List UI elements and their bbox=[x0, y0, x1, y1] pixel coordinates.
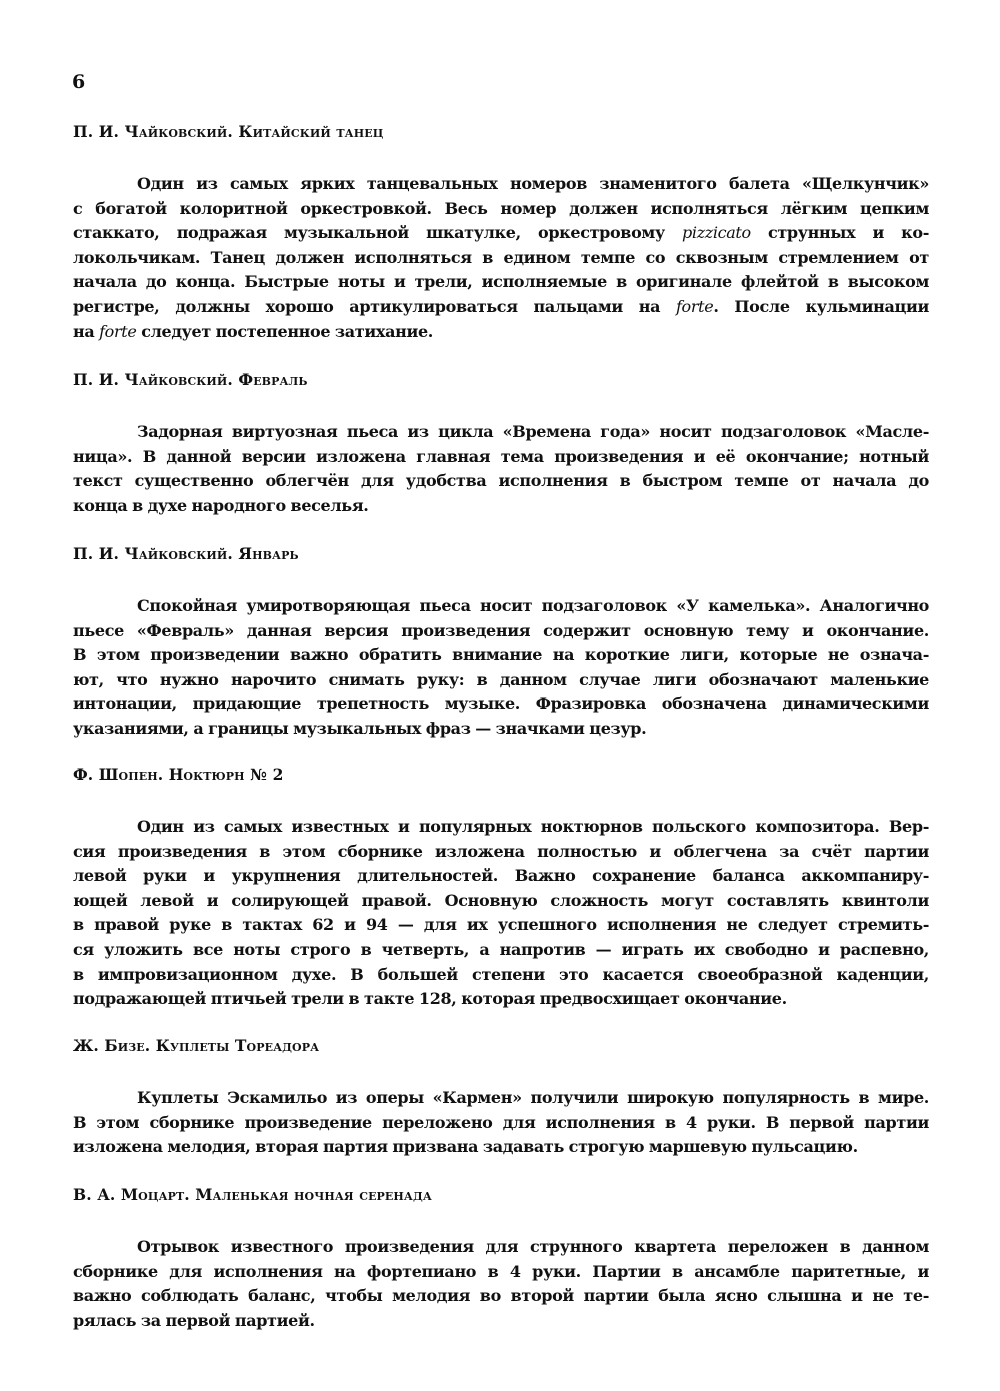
section-february: П. И. Чайковский. Февраль Задорная вирту… bbox=[73, 369, 929, 518]
text-line: указаниями, а границы музыкальных фраз —… bbox=[73, 717, 929, 742]
text-line: конца в духе народного веселья. bbox=[73, 494, 929, 519]
text-line: Спокойная умиротворяющая пьеса носит под… bbox=[73, 594, 929, 619]
section-chopin-nocturne: Ф. Шопен. Ноктюрн № 2 Один из самых изве… bbox=[73, 764, 929, 1012]
italic-term: forte bbox=[99, 322, 136, 341]
text-line: В этом произведении важно обратить внима… bbox=[73, 643, 929, 668]
text-line: Один из самых известных и популярных нок… bbox=[73, 815, 929, 840]
text-line: сия произведения в этом сборнике изложен… bbox=[73, 840, 929, 865]
section-toreador: Ж. Бизе. Куплеты Тореадора Куплеты Эскам… bbox=[73, 1035, 929, 1160]
text-line: в импровизационном духе. В большей степе… bbox=[73, 963, 929, 988]
italic-term: forte bbox=[676, 297, 713, 316]
italic-term: pizzicato bbox=[682, 223, 751, 242]
section-body: Один из самых известных и популярных нок… bbox=[73, 815, 929, 1012]
text-line: начала до конца. Быстрые ноты и трели, и… bbox=[73, 270, 929, 295]
text-line: важно соблюдать баланс, чтобы мелодия во… bbox=[73, 1284, 929, 1309]
text-line: Отрывок известного произведения для стру… bbox=[73, 1235, 929, 1260]
section-heading: Ж. Бизе. Куплеты Тореадора bbox=[73, 1035, 929, 1057]
text-line: ющей левой и солирующей правой. Основную… bbox=[73, 889, 929, 914]
section-heading: Ф. Шопен. Ноктюрн № 2 bbox=[73, 764, 929, 786]
text-line: подражающей птичьей трели в такте 128, к… bbox=[73, 987, 929, 1012]
text-line: левой руки и укрупнения длительностей. В… bbox=[73, 864, 929, 889]
section-body: Задорная виртуозная пьеса из цикла «Врем… bbox=[73, 420, 929, 518]
section-january: П. И. Чайковский. Январь Спокойная умиро… bbox=[73, 543, 929, 742]
section-mozart-serenade: В. А. Моцарт. Маленькая ночная серенада … bbox=[73, 1184, 929, 1333]
section-chinese-dance: П. И. Чайковский. Китайский танец Один и… bbox=[73, 121, 929, 344]
page-number: 6 bbox=[72, 70, 85, 94]
text-line: сборнике для исполнения на фортепиано в … bbox=[73, 1260, 929, 1285]
section-heading: П. И. Чайковский. Китайский танец bbox=[73, 121, 929, 143]
text-line: ют, что нужно нарочито снимать руку: в д… bbox=[73, 668, 929, 693]
section-body: Куплеты Эскамильо из оперы «Кармен» полу… bbox=[73, 1086, 929, 1160]
text-line: Задорная виртуозная пьеса из цикла «Врем… bbox=[73, 420, 929, 445]
text-line: В этом сборнике произведение переложено … bbox=[73, 1111, 929, 1136]
text-line: локольчикам. Танец должен исполняться в … bbox=[73, 246, 929, 271]
section-heading: П. И. Чайковский. Февраль bbox=[73, 369, 929, 391]
section-body: Один из самых ярких танцевальных номеров… bbox=[73, 172, 929, 344]
text-line: текст существенно облегчён для удобства … bbox=[73, 469, 929, 494]
text-line: Куплеты Эскамильо из оперы «Кармен» полу… bbox=[73, 1086, 929, 1111]
section-heading: П. И. Чайковский. Январь bbox=[73, 543, 929, 565]
text-line: ся уложить все ноты строго в четверть, а… bbox=[73, 938, 929, 963]
text-line: на forte следует постепенное затихание. bbox=[73, 320, 929, 345]
text-line: изложена мелодия, вторая партия призвана… bbox=[73, 1135, 929, 1160]
text-line: рялась за первой партией. bbox=[73, 1309, 929, 1334]
text-line: в правой руке в тактах 62 и 94 — для их … bbox=[73, 913, 929, 938]
text-line: интонации, придающие трепетность музыке.… bbox=[73, 692, 929, 717]
section-body: Отрывок известного произведения для стру… bbox=[73, 1235, 929, 1333]
section-body: Спокойная умиротворяющая пьеса носит под… bbox=[73, 594, 929, 742]
section-heading: В. А. Моцарт. Маленькая ночная серенада bbox=[73, 1184, 929, 1206]
text-line: пьесе «Февраль» данная версия произведен… bbox=[73, 619, 929, 644]
text-line: с богатой колоритной оркестровкой. Весь … bbox=[73, 197, 929, 222]
text-line: регистре, должны хорошо артикулироваться… bbox=[73, 295, 929, 320]
text-line: Один из самых ярких танцевальных номеров… bbox=[73, 172, 929, 197]
text-line: ница». В данной версии изложена главная … bbox=[73, 445, 929, 470]
text-line: стаккато, подражая музыкальной шкатулке,… bbox=[73, 221, 929, 246]
